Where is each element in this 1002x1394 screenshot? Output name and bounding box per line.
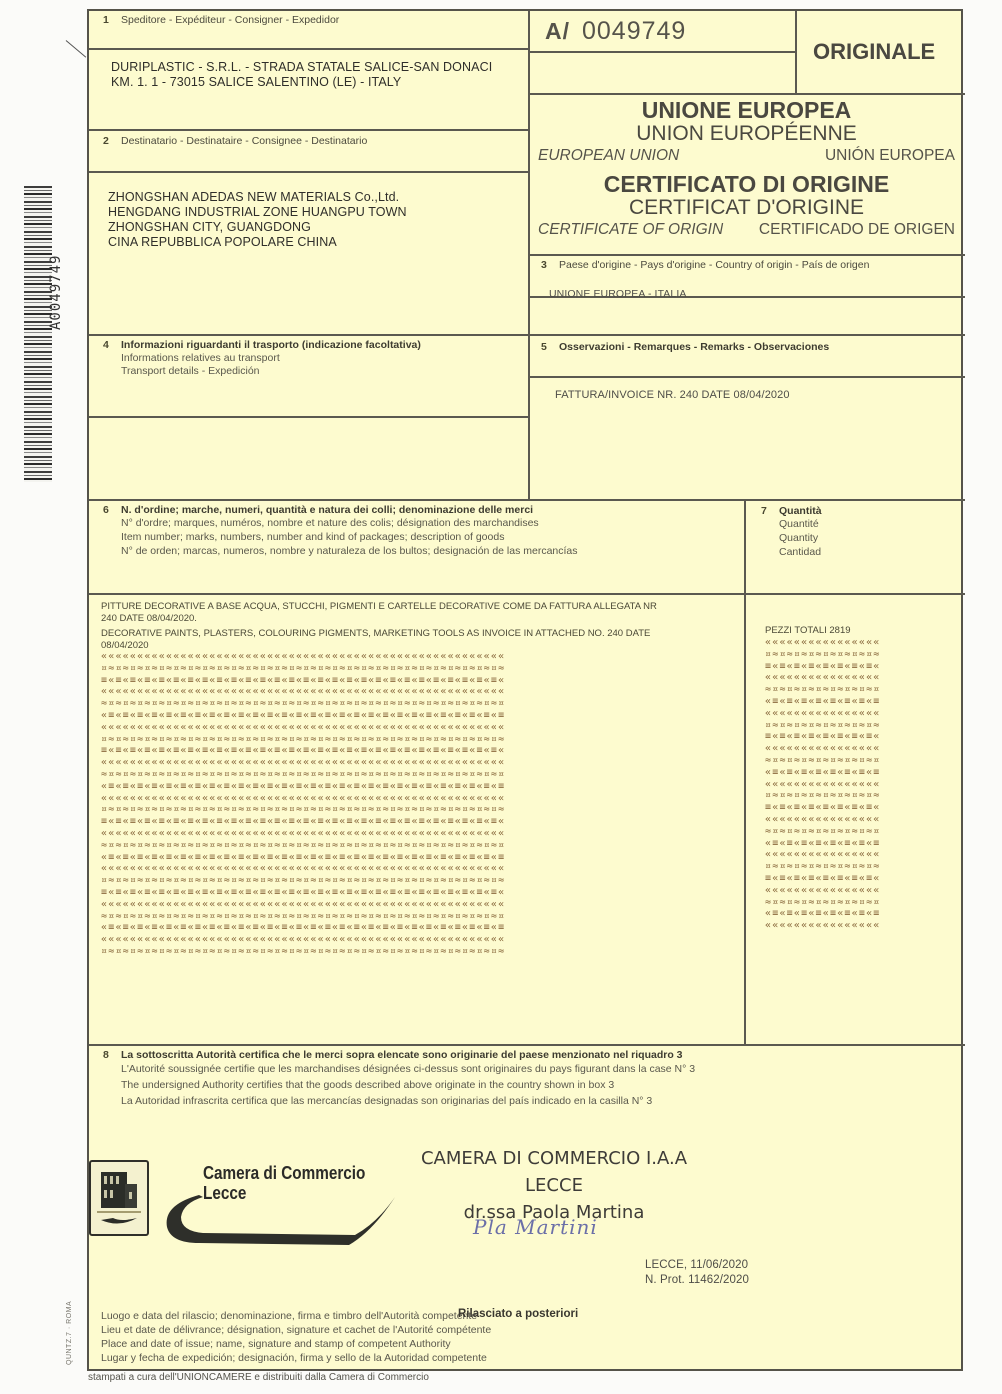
box4-label: 4Informazioni riguardanti il trasporto (… xyxy=(103,339,421,378)
box2-label: 2Destinatario - Destinataire - Consignee… xyxy=(103,135,367,147)
quantity-filler-marks: «««««««««««««««« ¤≈¤≈¤≈¤≈¤≈¤≈¤≈¤≈ ≡«≡«≡«… xyxy=(765,637,951,937)
box8-certification: 8La sottoscritta Autorità certifica che … xyxy=(103,1049,695,1109)
divider xyxy=(528,93,965,95)
serial-number: A/0049749 xyxy=(545,17,686,46)
signature: Pla Martini xyxy=(473,1215,598,1239)
divider xyxy=(89,593,965,595)
consignor-address: DURIPLASTIC - S.R.L. - STRADA STATALE SA… xyxy=(111,60,492,90)
printer-mark: QUNTZ.7 · ROMA xyxy=(66,1301,73,1365)
eu-header: UNIONE EUROPEA UNION EUROPÉENNE EUROPEAN… xyxy=(530,97,963,239)
authority-stamp: CAMERA DI COMMERCIO I.A.A LECCE dr.ssa P… xyxy=(407,1148,701,1223)
barcode xyxy=(24,186,52,482)
issue-place-date: LECCE, 11/06/2020 N. Prot. 11462/2020 xyxy=(645,1258,749,1288)
building-icon xyxy=(91,1162,147,1234)
box5-label: 5Osservazioni - Remarques - Remarks - Ob… xyxy=(541,341,829,353)
box3-label: 3Paese d'origine - Pays d'origine - Coun… xyxy=(541,259,869,271)
country-of-origin: UNIONE EUROPEA - ITALIA xyxy=(549,287,686,302)
divider xyxy=(528,376,965,378)
divider xyxy=(89,129,528,131)
box1-label: 1Speditore - Expéditeur - Consigner - Ex… xyxy=(103,14,339,26)
divider xyxy=(528,51,795,53)
divider xyxy=(89,499,965,501)
certificate-form: 1Speditore - Expéditeur - Consigner - Ex… xyxy=(87,9,963,1371)
copy-type-label: ORIGINALE xyxy=(813,39,935,65)
divider xyxy=(89,416,528,418)
barcode-number: A0049749 xyxy=(48,255,64,330)
chamber-emblem xyxy=(89,1160,149,1236)
divider xyxy=(89,171,528,173)
divider xyxy=(528,254,965,256)
issue-label: Luogo e data del rilascio; denominazione… xyxy=(101,1309,491,1365)
goods-description: PITTURE DECORATIVE A BASE ACQUA, STUCCHI… xyxy=(101,601,731,652)
printer-footnote: stampati a cura dell'UNIONCAMERE e distr… xyxy=(88,1372,429,1383)
divider xyxy=(89,48,528,50)
margin-tick-mark xyxy=(66,40,87,57)
consignee-address: ZHONGSHAN ADEDAS NEW MATERIALS Co.,Ltd. … xyxy=(108,190,407,250)
box6-label: 6N. d'ordine; marche, numeri, quantità e… xyxy=(103,504,578,558)
chamber-logo-text: Camera di Commercio Lecce xyxy=(203,1163,394,1203)
box7-label: 7Quantità Quantité Quantity Cantidad xyxy=(761,505,822,559)
divider xyxy=(795,11,797,93)
issue-overprint: Rilasciato a posteriori xyxy=(458,1307,578,1321)
divider xyxy=(89,334,965,336)
divider xyxy=(89,1044,965,1046)
divider xyxy=(744,499,746,1044)
remarks-value: FATTURA/INVOICE NR. 240 DATE 08/04/2020 xyxy=(555,388,790,403)
goods-filler-marks: ««««««««««««««««««««««««««««««««««««««««… xyxy=(101,651,726,976)
quantity-value: PEZZI TOTALI 2819 xyxy=(765,625,851,637)
